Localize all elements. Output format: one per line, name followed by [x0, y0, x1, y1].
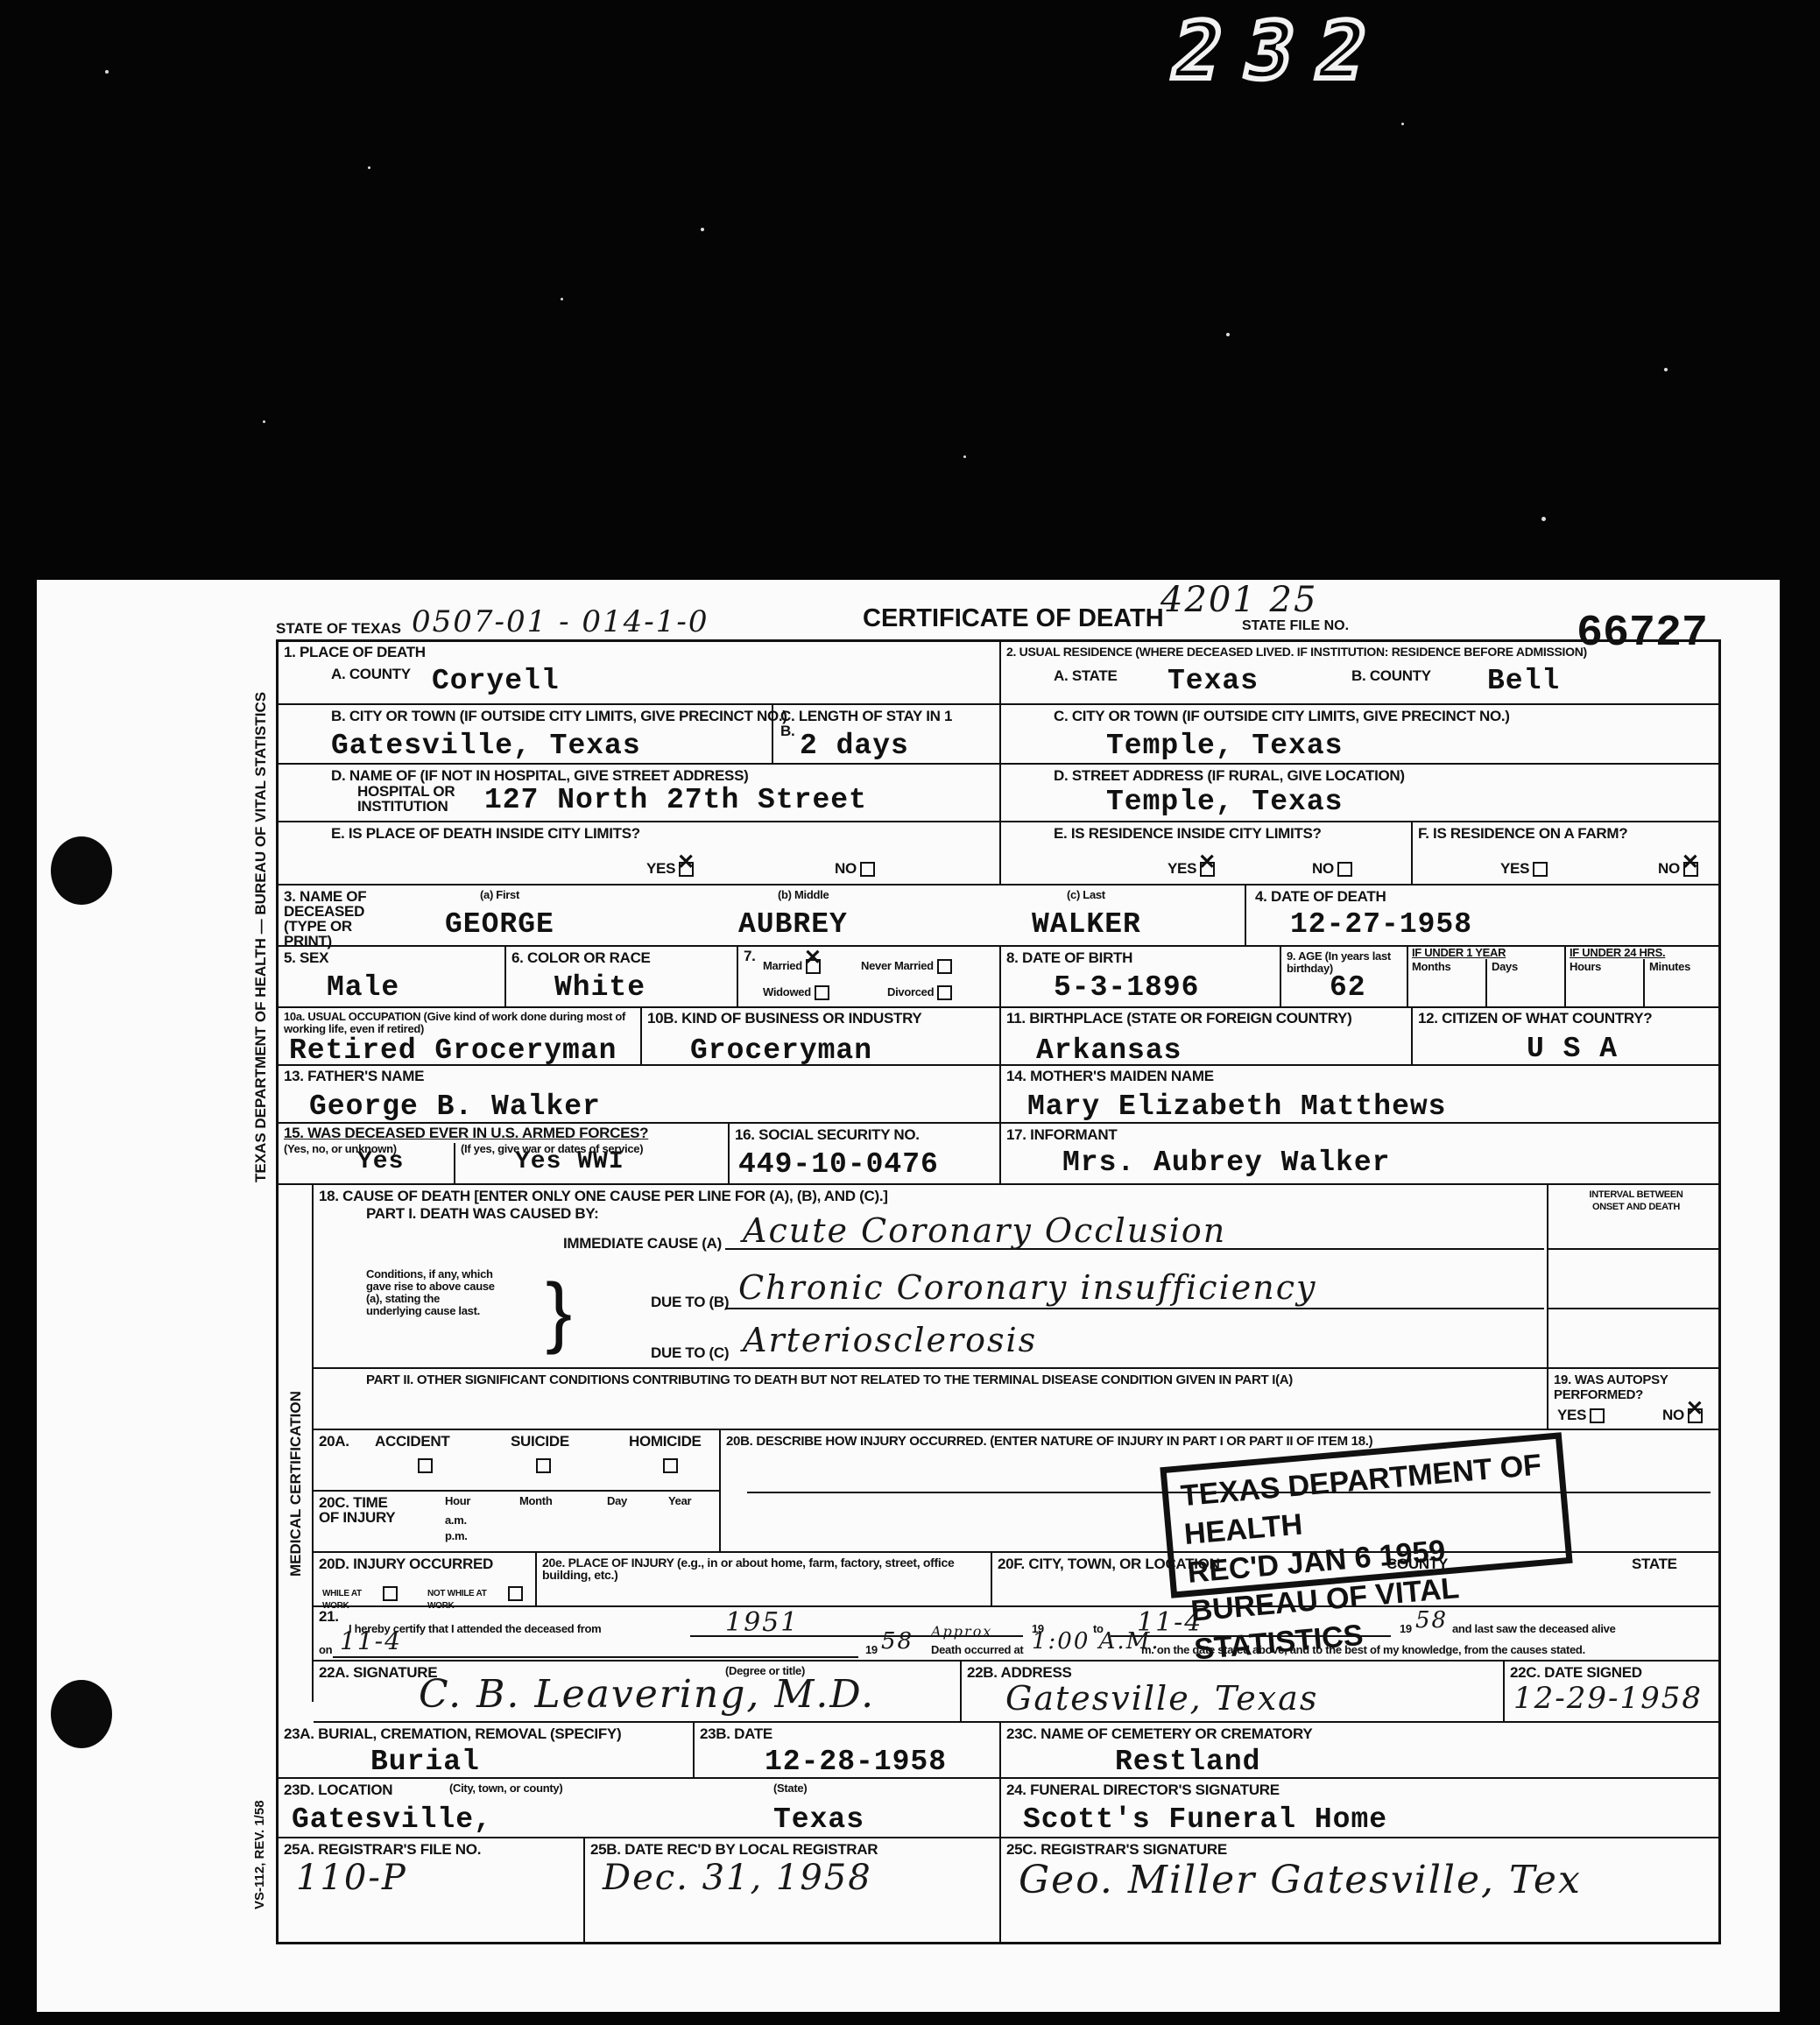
first-name-value: GEORGE: [445, 908, 554, 941]
father-name-value: George B. Walker: [309, 1090, 601, 1123]
residence-farm-cell: f. IS RESIDENCE ON A FARM? YES NO: [1413, 822, 1721, 885]
citizenship-value: U S A: [1527, 1033, 1618, 1065]
death-inside-city-no-checkbox[interactable]: [860, 862, 875, 877]
date-of-death-cell: 4. DATE OF DEATH 12-27-1958: [1246, 885, 1721, 947]
due-to-c-value: Arteriosclerosis: [743, 1321, 1037, 1359]
married-checkbox[interactable]: [806, 959, 821, 974]
age-cell: 9. AGE (In years last birthday) 62: [1281, 947, 1408, 1008]
citizenship-cell: 12. CITIZEN OF WHAT COUNTRY? U S A: [1413, 1008, 1721, 1066]
part-two-cell: PART II. OTHER SIGNIFICANT CONDITIONS CO…: [314, 1369, 1548, 1430]
while-at-work-checkbox[interactable]: [383, 1586, 398, 1601]
injury-occurred-cell: 20d. INJURY OCCURRED WHILE AT WORK NOT W…: [314, 1553, 537, 1607]
never-married-checkbox[interactable]: [937, 959, 952, 974]
residence-farm-yes-checkbox[interactable]: [1533, 862, 1548, 877]
burial-location-cell: 23d. LOCATION (City, town, or county) Ga…: [279, 1779, 1001, 1838]
registrar-file-cell: 25a. REGISTRAR'S FILE NO. 110-P: [279, 1838, 585, 1944]
physician-signature-cell: 22a. SIGNATURE C. B. Leavering, M.D. (De…: [314, 1662, 962, 1723]
registrar-signature-cell: 25c. REGISTRAR'S SIGNATURE Geo. Miller G…: [1001, 1838, 1721, 1944]
death-city-cell: b. CITY OR TOWN (If outside city limits,…: [279, 705, 773, 765]
residence-inside-city-cell: e. IS RESIDENCE INSIDE CITY LIMITS? YES …: [1001, 822, 1413, 885]
burial-state-value: Texas: [773, 1803, 864, 1836]
middle-name-value: AUBREY: [738, 908, 848, 941]
residence-inside-city-no-checkbox[interactable]: [1337, 862, 1352, 877]
death-county-value: Coryell: [432, 665, 560, 697]
last-seen-value: 11-4: [340, 1626, 402, 1655]
bracket: }: [546, 1273, 572, 1351]
death-certificate-form: 1. PLACE OF DEATH a. COUNTY Coryell 2. U…: [276, 639, 1721, 1944]
autopsy-no-checkbox[interactable]: [1688, 1408, 1703, 1423]
funeral-director-value: Scott's Funeral Home: [1023, 1803, 1387, 1836]
date-signed-cell: 22c. DATE SIGNED 12-29-1958: [1505, 1662, 1721, 1723]
divorced-checkbox[interactable]: [937, 985, 952, 1000]
residence-county-value: Bell: [1487, 665, 1560, 697]
autopsy-cell: 19. WAS AUTOPSY PERFORMED? YES NO: [1548, 1369, 1721, 1430]
residence-street-value: Temple, Texas: [1106, 786, 1343, 818]
armed-forces-cell: 15. WAS DECEASED EVER IN U.S. ARMED FORC…: [279, 1124, 730, 1185]
state-file-label: STATE FILE NO.: [1242, 618, 1349, 634]
industry-cell: 10b. KIND OF BUSINESS OR INDUSTRY Grocer…: [642, 1008, 1001, 1066]
physician-address-value: Gatesville, Texas: [1005, 1679, 1318, 1718]
funeral-director-cell: 24. FUNERAL DIRECTOR'S SIGNATURE Scott's…: [1001, 1779, 1721, 1838]
registrar-date-value: Dec. 31, 1958: [603, 1858, 872, 1898]
agency-vertical-label: TEXAS DEPARTMENT OF HEALTH — BUREAU OF V…: [252, 692, 270, 1182]
suicide-checkbox[interactable]: [536, 1458, 551, 1473]
medical-sidebar-column: [279, 1185, 314, 1702]
date-signed-value: 12-29-1958: [1513, 1681, 1703, 1716]
date-of-death-value: 12-27-1958: [1290, 908, 1472, 941]
manner-cell: 20a. ACCIDENT SUICIDE HOMICIDE: [314, 1430, 721, 1492]
residence-city-value: Temple, Texas: [1106, 730, 1343, 762]
sex-cell: 5. SEX Male: [279, 947, 506, 1008]
physician-signature-value: C. B. Leavering, M.D.: [419, 1672, 875, 1717]
age-value: 62: [1330, 971, 1366, 1004]
not-at-work-checkbox[interactable]: [508, 1586, 523, 1601]
death-inside-city-yes-checkbox[interactable]: [679, 862, 694, 877]
residence-state-value: Texas: [1167, 665, 1259, 697]
armed-forces-value: Yes: [357, 1148, 404, 1175]
place-of-injury-cell: 20e. PLACE OF INJURY (e.g., in or about …: [537, 1553, 992, 1607]
date-of-birth-cell: 8. DATE OF BIRTH 5-3-1896: [1001, 947, 1281, 1008]
cause-of-death-cell: 18. CAUSE OF DEATH [Enter only one cause…: [314, 1185, 1548, 1369]
marital-status-cell: 7. Married Never Married Widowed Divorce…: [738, 947, 1001, 1008]
birthplace-cell: 11. BIRTHPLACE (State or foreign country…: [1001, 1008, 1413, 1066]
disposition-date-cell: 23b. DATE 12-28-1958: [695, 1723, 1001, 1779]
father-name-cell: 13. FATHER'S NAME George B. Walker: [279, 1066, 1001, 1124]
sex-value: Male: [327, 971, 399, 1004]
scan-frame-number: 232: [1164, 5, 1400, 97]
death-inside-city-cell: e. IS PLACE OF DEATH INSIDE CITY LIMITS?…: [279, 822, 1001, 885]
informant-value: Mrs. Aubrey Walker: [1062, 1147, 1390, 1179]
length-of-stay-value: 2 days: [800, 730, 909, 762]
date-of-birth-value: 5-3-1896: [1054, 971, 1199, 1004]
residence-inside-city-yes-checkbox[interactable]: [1200, 862, 1215, 877]
mother-name-value: Mary Elizabeth Matthews: [1027, 1090, 1446, 1123]
race-value: White: [554, 971, 645, 1004]
death-city-value: Gatesville, Texas: [331, 730, 641, 762]
interval-cell: INTERVAL BETWEEN ONSET AND DEATH: [1548, 1185, 1721, 1369]
burial-city-value: Gatesville,: [292, 1803, 492, 1836]
immediate-cause-value: Acute Coronary Occlusion: [743, 1211, 1226, 1250]
homicide-checkbox[interactable]: [663, 1458, 678, 1473]
physician-address-cell: 22b. ADDRESS Gatesville, Texas: [962, 1662, 1505, 1723]
autopsy-yes-checkbox[interactable]: [1590, 1408, 1605, 1423]
race-cell: 6. COLOR OR RACE White: [506, 947, 738, 1008]
ssn-cell: 16. SOCIAL SECURITY NO. 449-10-0476: [730, 1124, 1001, 1185]
mother-name-cell: 14. MOTHER'S MAIDEN NAME Mary Elizabeth …: [1001, 1066, 1721, 1124]
residence-city-cell: c. CITY OR TOWN (If outside city limits,…: [1001, 705, 1721, 765]
registrar-date-cell: 25b. DATE REC'D BY LOCAL REGISTRAR Dec. …: [585, 1838, 1001, 1944]
residence-street-cell: d. STREET ADDRESS (If rural, give locati…: [1001, 765, 1721, 822]
birthplace-value: Arkansas: [1036, 1034, 1182, 1067]
industry-value: Groceryman: [690, 1034, 872, 1067]
under-24-hours-cell: IF UNDER 24 HRS. Hours Minutes: [1566, 947, 1721, 1008]
occupation-value: Retired Groceryman: [289, 1034, 617, 1067]
accident-checkbox[interactable]: [418, 1458, 433, 1473]
widowed-checkbox[interactable]: [815, 985, 829, 1000]
residence-farm-no-checkbox[interactable]: [1683, 862, 1698, 877]
under-one-year-cell: IF UNDER 1 YEAR Months Days: [1408, 947, 1566, 1008]
disposition-method-cell: 23a. BURIAL, CREMATION, REMOVAL (Specify…: [279, 1723, 695, 1779]
institution-value: 127 North 27th Street: [484, 784, 867, 816]
deceased-name-cell: 3. NAME OF DECEASED (Type or print) (a) …: [279, 885, 1246, 947]
disposition-date-value: 12-28-1958: [765, 1746, 947, 1778]
state-file-handwritten: 4201 25: [1160, 580, 1317, 620]
registrar-signature-value: Geo. Miller Gatesville, Tex: [1019, 1858, 1582, 1902]
due-to-b-value: Chronic Coronary insufficiency: [738, 1268, 1316, 1307]
armed-war-value: Yes WWI: [515, 1148, 624, 1175]
state-label: STATE OF TEXAS: [276, 620, 401, 638]
last-name-value: WALKER: [1032, 908, 1141, 941]
last-seen-year-value: 58: [881, 1628, 914, 1655]
approx-note: Approx: [931, 1623, 992, 1640]
attended-from-value: 1951: [725, 1607, 799, 1638]
cemetery-value: Restland: [1115, 1746, 1260, 1778]
certificate-title: CERTIFICATE OF DEATH: [863, 604, 1164, 633]
occupation-cell: 10a. USUAL OCCUPATION (Give kind of work…: [279, 1008, 642, 1066]
punch-hole: [51, 836, 112, 905]
ssn-value: 449-10-0476: [738, 1148, 939, 1181]
informant-cell: 17. INFORMANT Mrs. Aubrey Walker: [1001, 1124, 1721, 1185]
place-of-death-county-cell: 1. PLACE OF DEATH a. COUNTY Coryell: [279, 642, 1001, 705]
disposition-method-value: Burial: [370, 1746, 480, 1778]
state-code-handwritten: 0507-01 - 014-1-0: [412, 604, 709, 639]
length-of-stay-cell: c. LENGTH OF STAY in 1 b. 2 days: [773, 705, 1001, 765]
residence-state-cell: 2. USUAL RESIDENCE (Where deceased lived…: [1001, 642, 1721, 705]
cemetery-cell: 23c. NAME OF CEMETERY OR CREMATORY Restl…: [1001, 1723, 1721, 1779]
registrar-file-value: 110-P: [296, 1858, 407, 1898]
institution-cell: d. NAME OF (If not in hospital, give str…: [279, 765, 1001, 822]
time-of-injury-cell: 20c. TIME OF INJURY Hour a.m. p.m. Month…: [314, 1492, 721, 1553]
form-id: VS-112, REV. 1/58: [252, 1800, 267, 1909]
punch-hole: [51, 1680, 112, 1748]
